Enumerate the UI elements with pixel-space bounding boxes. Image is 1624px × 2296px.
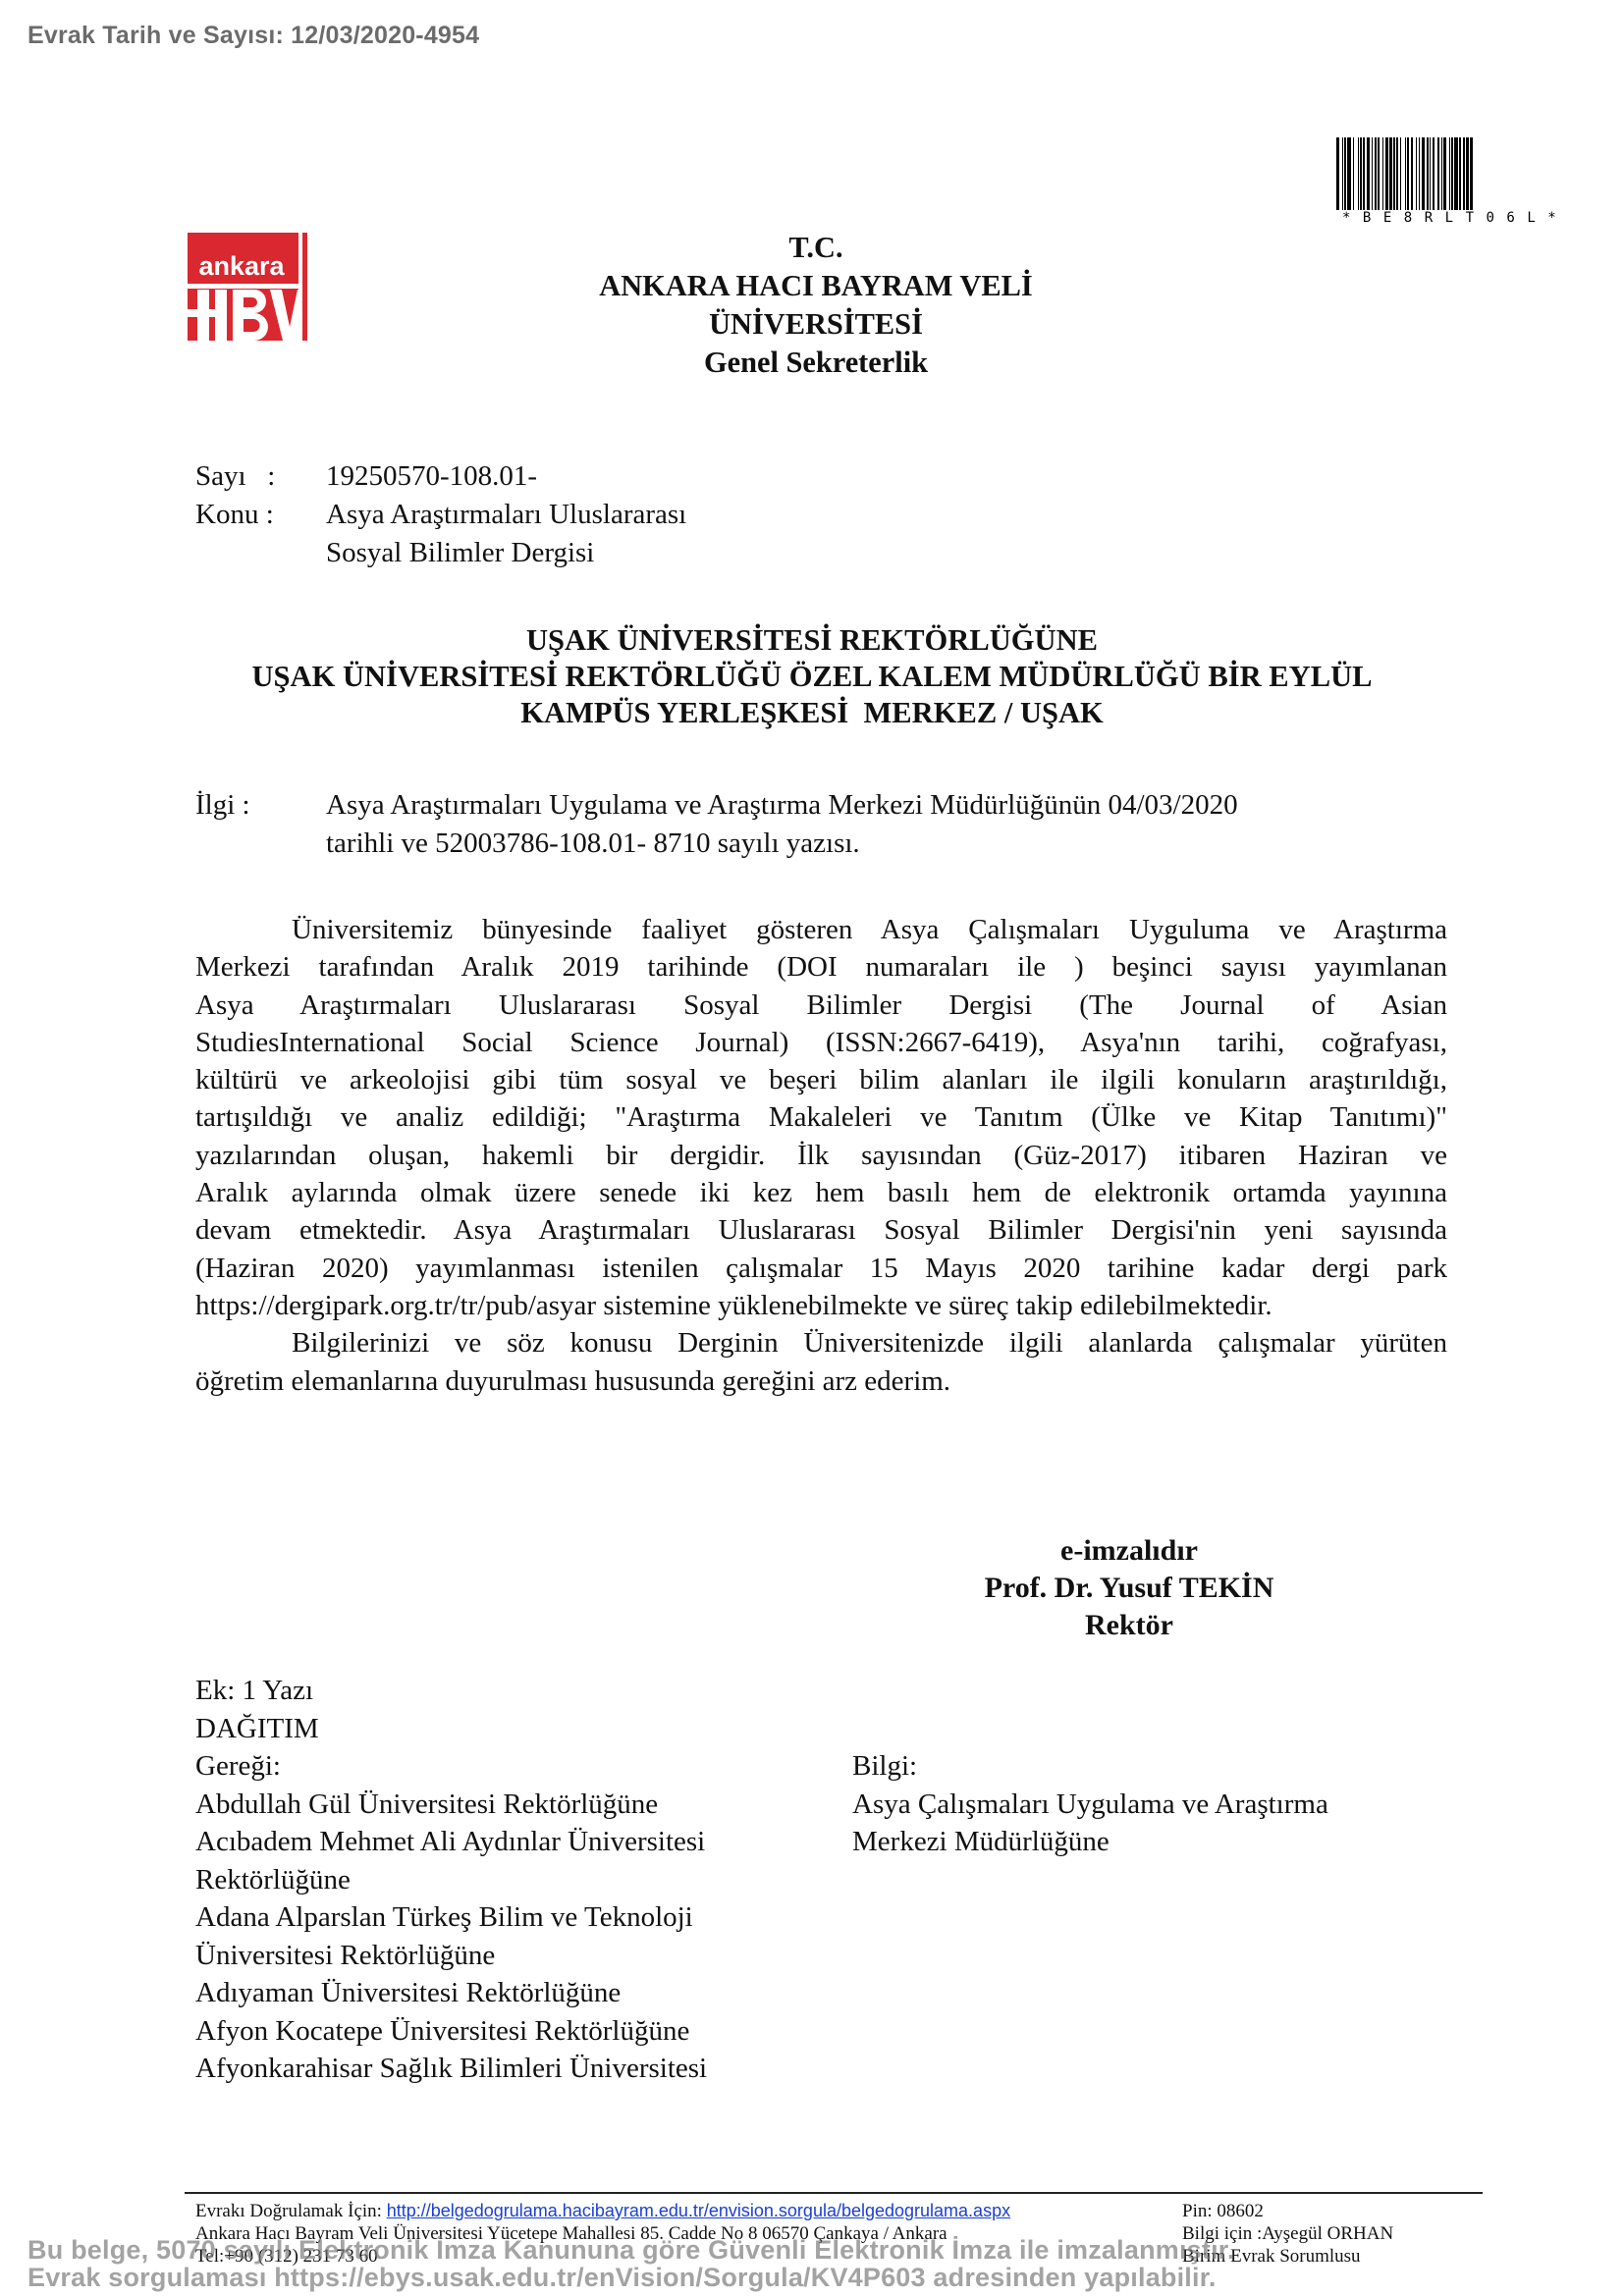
info-label: Bilgi: [852,1747,1328,1786]
recipient-line: UŞAK ÜNİVERSİTESİ REKTÖRLÜĞÜNE [12,621,1611,658]
query-watermark: Evrak sorgulaması https://ebys.usak.edu.… [27,2263,1217,2293]
sayi-label: Sayı : [195,457,326,496]
header-university-name: ANKARA HACI BAYRAM VELİ [21,266,1612,304]
distribution-action: Gereği: Abdullah Gül Üniversitesi Rektör… [195,1747,707,2088]
distribution-recipient: Adana Alparslan Türkeş Bilim ve Teknoloj… [195,1898,707,1937]
signatory-name: Prof. Dr. Yusuf TEKİN [938,1570,1321,1607]
distribution-recipient: Rektörlüğüne [195,1861,707,1899]
distribution-recipient: Adıyaman Üniversitesi Rektörlüğüne [195,1974,707,2012]
signatory-title: Rektör [938,1607,1321,1644]
body-line: Aralık aylarında olmak üzere senede iki … [195,1174,1447,1211]
document-date-number-stamp: Evrak Tarih ve Sayısı: 12/03/2020-4954 [27,22,479,50]
reference-block: İlgi : Asya Araştırmaları Uygulama ve Ar… [195,786,1485,863]
document-meta: Sayı : 19250570-108.01- Konu : Asya Araş… [195,457,686,572]
action-label: Gereği: [195,1747,707,1786]
body-line: tartışıldığı ve analiz edildiği; "Araştı… [195,1098,1447,1136]
body-line: yazılarından oluşan, hakemli bir dergidi… [195,1137,1447,1174]
body-line: Bilgilerinizi ve söz konusu Derginin Üni… [195,1324,1447,1362]
attachments-text: Ek: 1 Yazı [195,1672,319,1710]
e-signature-watermark: Bu belge, 5070 sayılı Elektronik İmza Ka… [27,2235,1235,2266]
distribution-info: Bilgi: Asya Çalışmaları Uygulama ve Araş… [852,1747,1328,1861]
header-country: T.C. [21,228,1612,266]
ilgi-line: Asya Araştırmaları Uygulama ve Araştırma… [326,786,1485,825]
distribution-recipient: Afyonkarahisar Sağlık Bilimleri Üniversi… [195,2050,707,2088]
barcode-text: *BE8RLT06L* [1342,210,1596,226]
footer-pin: Pin: 08602 [1182,2200,1393,2222]
recipient-block: UŞAK ÜNİVERSİTESİ REKTÖRLÜĞÜNE UŞAK ÜNİV… [12,621,1611,730]
signature-block: e-imzalıdır Prof. Dr. Yusuf TEKİN Rektör [938,1532,1321,1644]
ilgi-line: tarihli ve 52003786-108.01- 8710 sayılı … [326,825,1485,863]
header-university-suffix: ÜNİVERSİTESİ [21,304,1612,343]
verify-label: Evrakı Doğrulamak İçin: [195,2201,382,2221]
sayi-value: 19250570-108.01- [326,457,537,496]
konu-value-line1: Asya Araştırmaları Uluslararası [326,496,686,534]
ilgi-label: İlgi : [195,786,326,863]
header-department: Genel Sekreterlik [21,343,1612,381]
body-line: Asya Araştırmaları Uluslararası Sosyal B… [195,987,1447,1024]
e-signature-status: e-imzalıdır [938,1532,1321,1570]
verify-link[interactable]: http://belgedogrulama.hacibayram.edu.tr/… [387,2201,1010,2220]
letter-body: Üniversitemiz bünyesinde faaliyet göster… [195,911,1447,1400]
barcode-icon [1336,137,1592,210]
body-line: (Haziran 2020) yayımlanması istenilen ça… [195,1250,1447,1287]
konu-label: Konu : [195,496,326,534]
recipient-line: UŞAK ÜNİVERSİTESİ REKTÖRLÜĞÜ ÖZEL KALEM … [12,658,1611,694]
body-line: Üniversitemiz bünyesinde faaliyet göster… [195,911,1447,948]
distribution-heading: DAĞITIM [195,1710,319,1748]
distribution-recipient: Üniversitesi Rektörlüğüne [195,1937,707,1975]
distribution-recipient: Asya Çalışmaları Uygulama ve Araştırma [852,1786,1328,1824]
distribution-recipient: Merkezi Müdürlüğüne [852,1823,1328,1861]
konu-value-line2: Sosyal Bilimler Dergisi [326,534,594,572]
body-line: devam etmektedir. Asya Araştırmaları Ulu… [195,1211,1447,1249]
attachments: Ek: 1 Yazı DAĞITIM [195,1672,319,1747]
body-line: kültürü ve arkeolojisi gibi tüm sosyal v… [195,1061,1447,1098]
body-line: öğretim elemanlarına duyurulması hususun… [195,1362,1447,1400]
distribution-recipient: Afyon Kocatepe Üniversitesi Rektörlüğüne [195,2012,707,2051]
body-line: Merkezi tarafından Aralık 2019 tarihinde… [195,948,1447,986]
distribution-recipient: Abdullah Gül Üniversitesi Rektörlüğüne [195,1786,707,1824]
body-line: https://dergipark.org.tr/tr/pub/asyar si… [195,1287,1447,1324]
recipient-line: KAMPÜS YERLEŞKESİ MERKEZ / UŞAK [12,694,1611,730]
letterhead: T.C. ANKARA HACI BAYRAM VELİ ÜNİVERSİTES… [0,228,1624,381]
footer-divider [185,2192,1483,2194]
barcode: *BE8RLT06L* [1330,137,1596,231]
body-line: StudiesInternational Social Science Jour… [195,1024,1447,1061]
distribution-recipient: Acıbadem Mehmet Ali Aydınlar Üniversites… [195,1823,707,1861]
